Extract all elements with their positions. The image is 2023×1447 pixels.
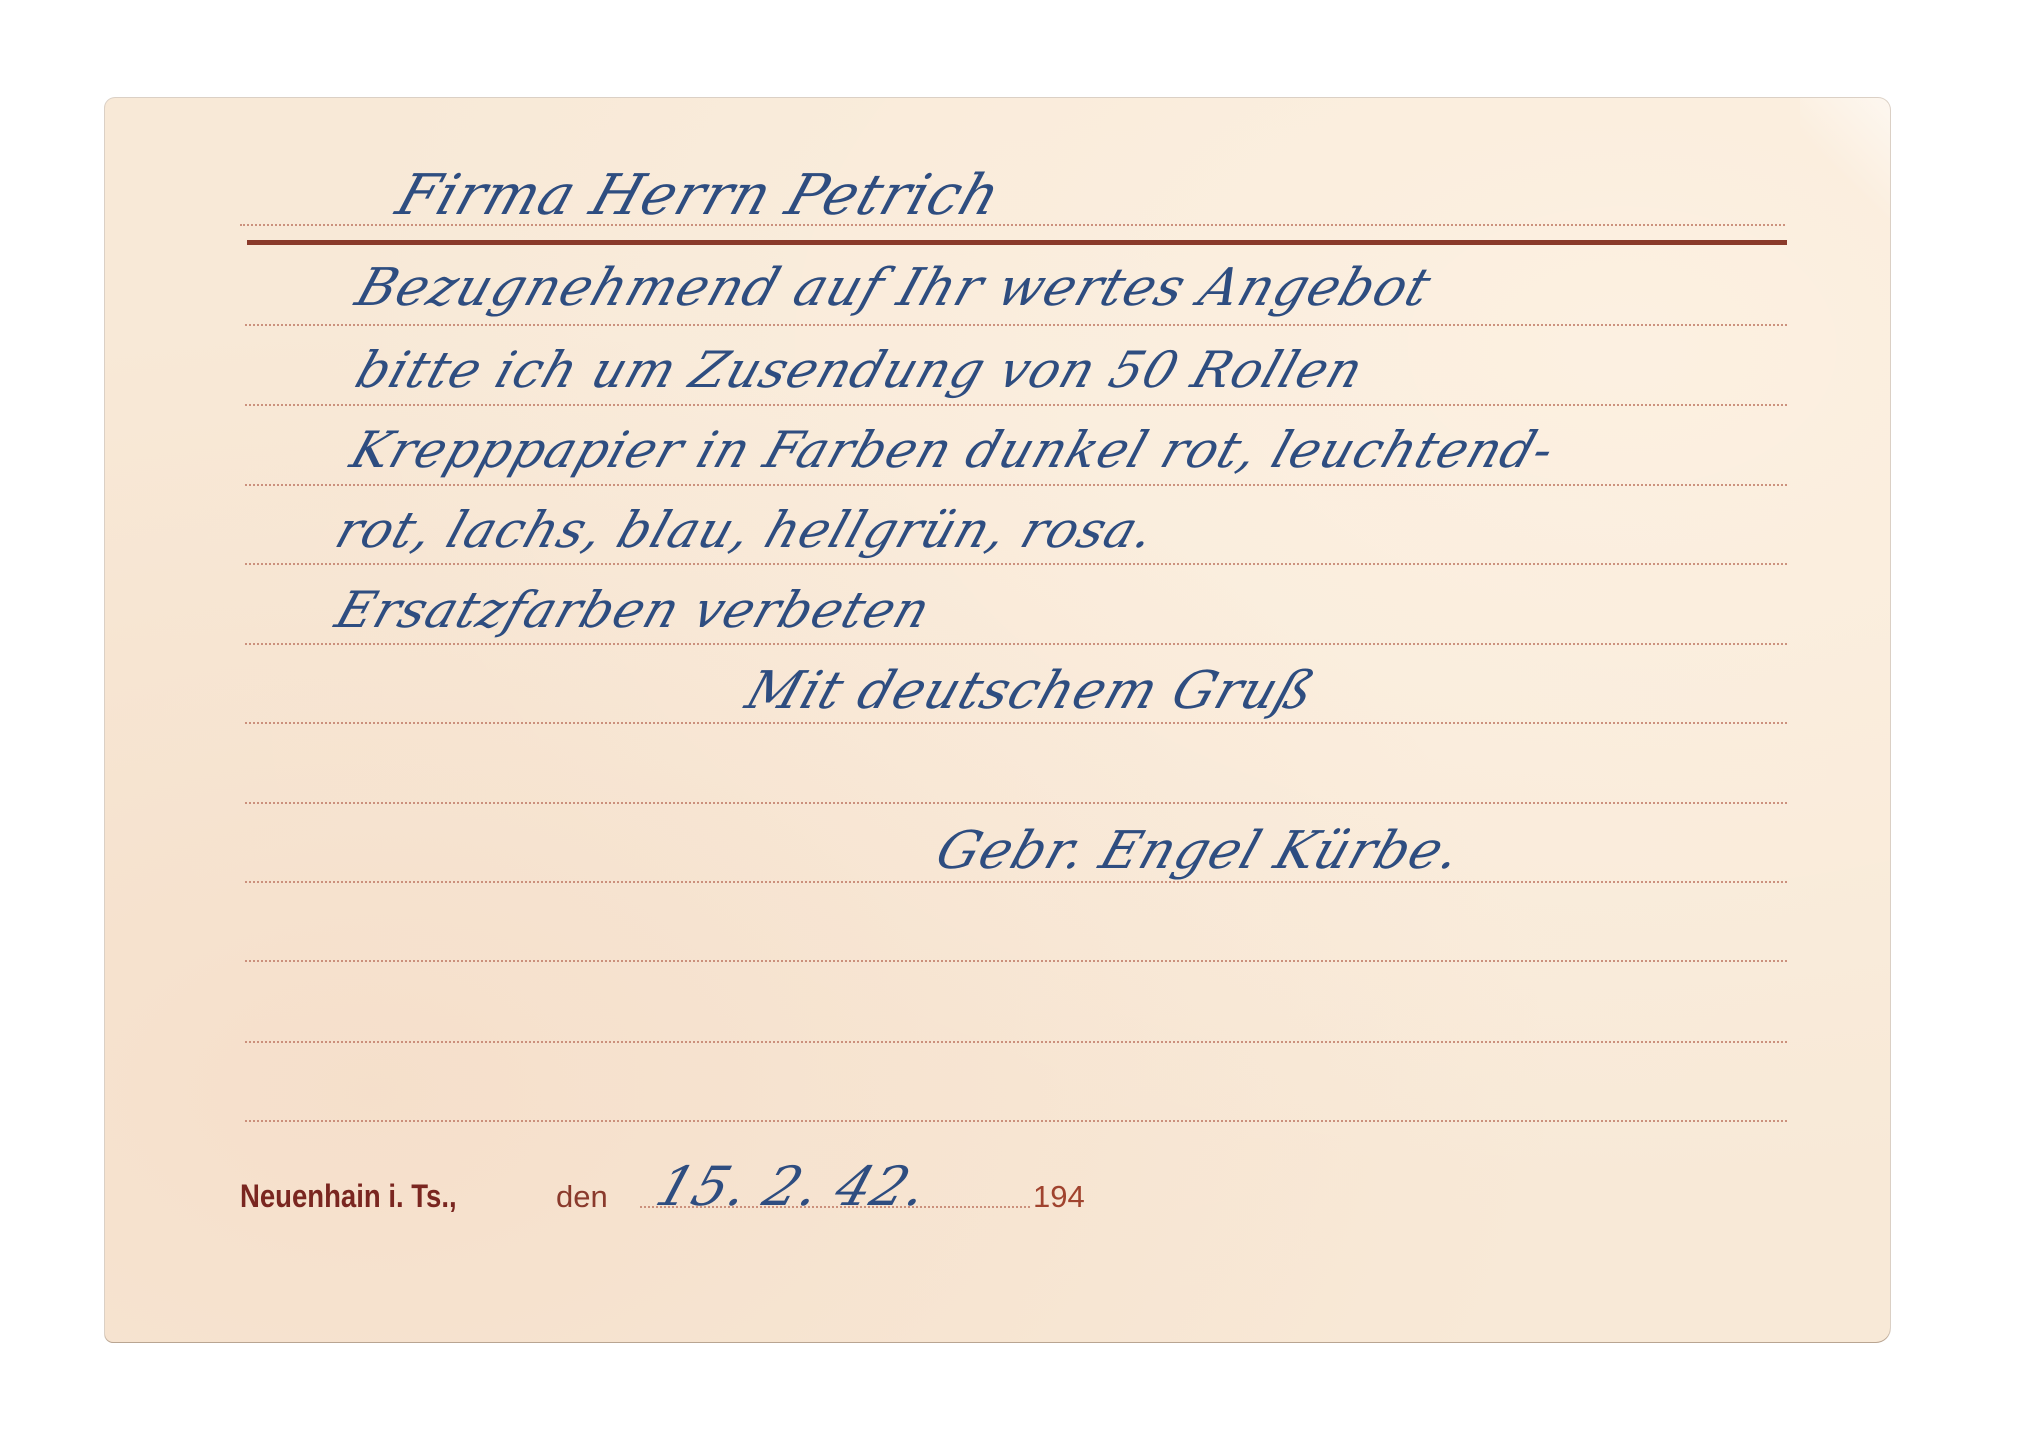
writing-line (245, 404, 1787, 406)
body-line-3: Krepppapier in Farben dunkel rot, leucht… (345, 425, 1561, 475)
body-line-4: rot, lachs, blau, hellgrün, rosa. (330, 505, 1162, 555)
header-solid-rule (247, 240, 1787, 245)
closing-handwriting: Mit deutschem Gruß (740, 665, 1321, 717)
salutation-handwriting: Firma Herrn Petrich (390, 168, 1007, 224)
body-line-2: bitte ich um Zusendung von 50 Rollen (350, 345, 1370, 395)
writing-line (245, 960, 1787, 962)
writing-line (245, 1041, 1787, 1043)
writing-line (245, 484, 1787, 486)
body-line-5: Ersatzfarben verbeten (330, 585, 937, 635)
printed-den: den (556, 1179, 608, 1215)
printed-place-name: Neuenhain i. Ts., (240, 1178, 457, 1215)
writing-line (245, 563, 1787, 565)
signature-handwriting: Gebr. Engel Kürbe. (930, 825, 1468, 877)
writing-line (245, 324, 1787, 326)
writing-line (245, 802, 1787, 804)
writing-line (245, 1120, 1787, 1122)
handwritten-date: 15. 2. 42. (650, 1160, 935, 1214)
body-line-1: Bezugnehmend auf Ihr wertes Angebot (350, 262, 1438, 314)
printed-year-prefix: 194 (1033, 1179, 1085, 1215)
writing-line (245, 643, 1787, 645)
writing-line (245, 881, 1787, 883)
writing-line (245, 722, 1787, 724)
